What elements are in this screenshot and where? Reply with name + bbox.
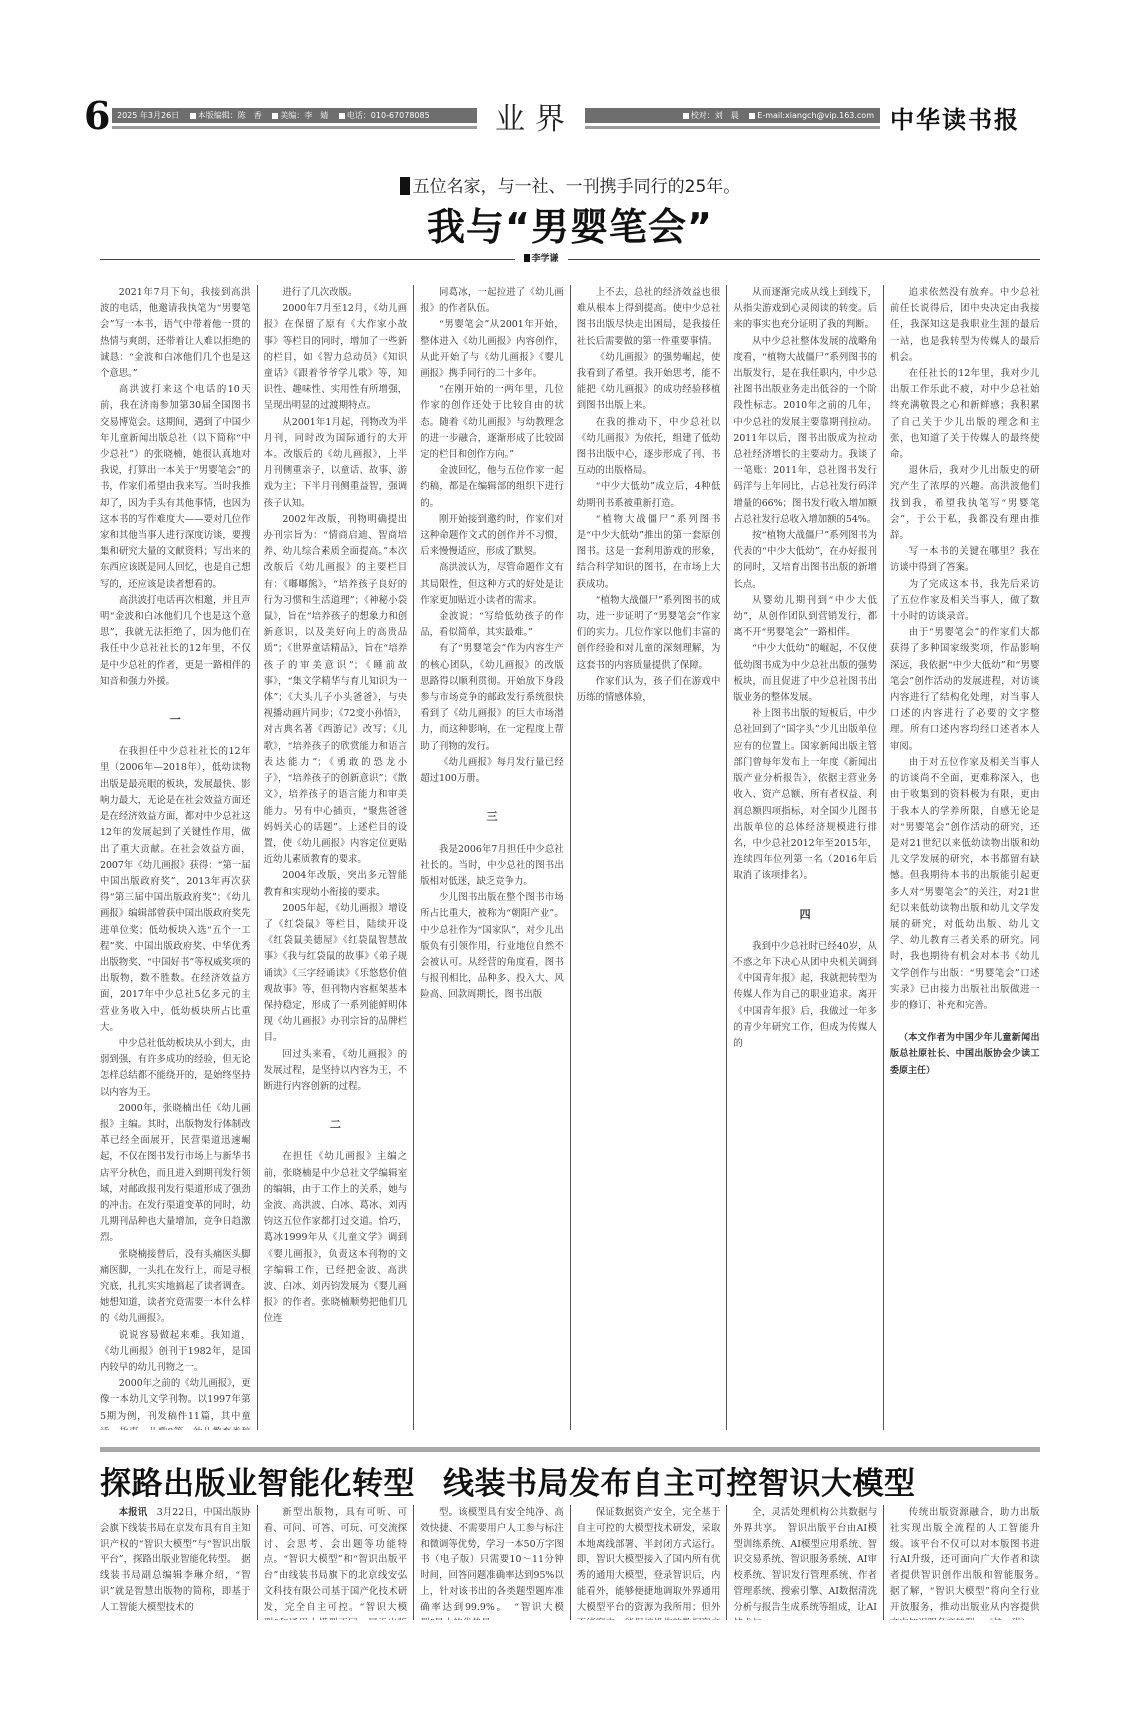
paragraph: 追求依然没有放弃。中少总社前任长说得后，团中央决定由我接任，我深知这是我职业生涯…: [890, 285, 1040, 366]
paragraph: 高洪波打电话再次相邀，并且声明“金波和白冰他们几个也是这个意思”，我就无法拒绝了…: [100, 593, 251, 690]
proofreader-credit: 校对：刘 晨: [691, 111, 739, 120]
newspaper-logo: 中华读书报: [890, 100, 1020, 135]
paragraph: 上不去，总社的经济效益也很难从根本上得到提高。使中少总社图书出版尽快走出困局，是…: [577, 285, 721, 350]
news-column-3: 型。该模型具有安全纯净、高效快捷、不需要用户人工参与标注和微调等优势，学习一本5…: [413, 1505, 570, 1620]
paragraph: 传统出版资源融合，助力出版社实现出版全流程的人工智能升级。该平台不仅可以对本版图…: [890, 1505, 1040, 1620]
paragraph: 为了完成这本书，我先后采访了五位作家及相关当事人，做了数十小时的访谈录音。: [890, 577, 1040, 626]
paragraph: 张晓楠接替后，没有头痛医头脚痛医脚，一头扎在发行上，而是寻根究底，扎扎实实地搞起…: [100, 1247, 251, 1328]
paragraph: 《幼儿画报》每月发行量已经超过100万册。: [420, 755, 564, 787]
email-address: E-mail:xiangch@vip.163.com: [757, 111, 874, 120]
masthead-rule-right: [585, 126, 880, 129]
paragraph: 作家们认为，孩子们在游戏中历练的情感体验，: [577, 674, 721, 706]
paragraph: 高洪波认为，尽管命题作文有其局限性，但这种方式的好处是让作家更加贴近小读者的需求…: [420, 560, 564, 609]
paragraph: 在任社长的12年里，我对少儿出版工作乐此不疲，对中少总社始终充满敬畏之心和新鲜感…: [890, 366, 1040, 463]
block-marker-icon: [400, 177, 410, 195]
byline-rule-left: [100, 259, 515, 260]
paragraph: 少儿图书出版在整个图书市场所占比重大，被称为“朝阳产业”。中少总社作为“国家队”…: [420, 890, 564, 1003]
paragraph: 从而逐渐完成从线上到线下，从指尖游戏到心灵阅读的转变。后来的事实也充分证明了我的…: [733, 285, 877, 334]
page-number: 6: [84, 96, 110, 136]
newspaper-page: 6 2025 年3月26日 本版编辑：陈 香 美编：李 婧 电话：010-670…: [100, 0, 1040, 1725]
article-column-6: 追求依然没有放弃。中少总社前任长说得后，团中央决定由我接任，我深知这是我职业生涯…: [883, 285, 1040, 1430]
dateline-label: 本报讯: [119, 1507, 147, 1518]
paragraph: 保证数据资产安全，完全基于自主可控的大模型技术研发，采取本地离线部署、半封闭方式…: [577, 1505, 721, 1620]
paragraph: 回过头来看，《幼儿画报》的发展过程，是坚持以内容为王，不断进行内容创新的过程。: [264, 1047, 408, 1096]
news-headline: 探路出版业智能化转型线装书局发布自主可控智识大模型: [100, 1458, 1040, 1503]
editor-credit: 本版编辑：陈 香: [198, 111, 262, 120]
masthead-rule-left: [112, 126, 477, 129]
paragraph: 2021年7月下旬，我接到高洪波的电话，他邀请我执笔为“男婴笔会”写一本书，语气…: [100, 285, 251, 382]
news-column-1: 本报讯 3月22日，中国出版协会旗下线装书局在京发布具有自主知识产权的“智识大模…: [100, 1505, 257, 1620]
paragraph: 刚开始接到邀约时，作家们对这种命题作文式的创作并不习惯，后来慢慢适应，形成了默契…: [420, 512, 564, 561]
paragraph: 金波说：“写给低幼孩子的作品，看似简单，其实最难。”: [420, 609, 564, 641]
news-headline-left: 探路出版业智能化转型: [100, 1466, 415, 1502]
author-name: 李学谦: [515, 252, 568, 266]
paragraph: 金波回忆，他与五位作家一起约稿，都是在编辑部的组织下进行的。: [420, 463, 564, 512]
paragraph: “中少大低幼”成立后，4种低幼期刊书系被重新打造。: [577, 479, 721, 511]
paragraph: 从婴幼儿期刊到“中少大低幼”，从创作团队到营销发行，都离不开“男婴笔会”一路相伴…: [733, 593, 877, 642]
paragraph: 补上图书出版的短板后，中少总社回到了“国字头”少儿出版单位应有的位置上。国家新闻…: [733, 706, 877, 884]
block-marker-icon: [524, 254, 530, 262]
article-column-1: 2021年7月下旬，我接到高洪波的电话，他邀请我执笔为“男婴笔会”写一本书，语气…: [100, 285, 257, 1430]
author-text: 李学谦: [531, 254, 558, 264]
square-bullet-icon: [190, 113, 196, 119]
square-bullet-icon: [749, 113, 755, 119]
section-title: 业界: [495, 94, 575, 138]
paragraph: 全，灵活处理机构公共数据与外界共享。 智识出版平台由AI模型训练系统、AI模型应…: [733, 1505, 877, 1620]
paragraph: 新型出版物，具有可听、可看、可问、可答、可玩、可交流探讨、会思考、会出题等功能特…: [264, 1505, 408, 1620]
masthead-info-left: 2025 年3月26日 本版编辑：陈 香 美编：李 婧 电话：010-67078…: [112, 108, 477, 123]
paragraph: 2000年，张晓楠出任《幼儿画报》主编。其时，出版物发行体制改革已经全面展开，民…: [100, 1101, 251, 1247]
paragraph: “植物大战僵尸”系列图书的成功，进一步证明了“男婴笔会”作家们的实力。几位作家以…: [577, 593, 721, 674]
paragraph: 型。该模型具有安全纯净、高效快捷、不需要用户人工参与标注和微调等优势，学习一本5…: [420, 1505, 564, 1620]
article-column-2: 进行了几次改版。 2000年7月至12月，《幼儿画报》在保留了原有《大作家小故事…: [257, 285, 414, 1430]
section-heading: 一: [100, 712, 251, 728]
paragraph: “在刚开始的一两年里，几位作家的创作还处于比较自由的状态。随着《幼儿画报》与幼教…: [420, 382, 564, 463]
paragraph: 我到中少总社时已经40岁，从不惑之年下决心从团中央机关调到《中国青年报》起，我就…: [733, 939, 877, 1052]
feature-kicker: 五位名家，与一社、一刊携手同行的25年。: [100, 172, 1040, 197]
masthead-info-right: 校对：刘 晨 E-mail:xiangch@vip.163.com: [585, 108, 880, 123]
paragraph: 2000年7月至12月，《幼儿画报》在保留了原有《大作家小故事》等栏目的同时，增…: [264, 301, 408, 414]
article-column-4: 上不去，总社的经济效益也很难从根本上得到提高。使中少总社图书出版尽快走出困局，是…: [570, 285, 727, 1430]
paragraph: 《幼儿画报》的强势崛起，使我看到了希望。我开始思考，能不能把《幼儿画报》的成功经…: [577, 350, 721, 415]
paragraph: 2004年改版，突出多元智能教育和实现幼小衔接的要求。: [264, 868, 408, 900]
square-bullet-icon: [683, 113, 689, 119]
paragraph: 在担任《幼儿画报》主编之前，张晓楠是中少总社文学编辑室的编辑，由于工作上的关系，…: [264, 1149, 408, 1327]
paragraph: 在我的推动下，中少总社以《幼儿画报》为依托，组建了低幼图书出版中心，逐步形成了刊…: [577, 415, 721, 480]
square-bullet-icon: [339, 113, 345, 119]
byline: 李学谦: [100, 252, 1040, 266]
paragraph: 2000年之前的《幼儿画报》，更像一本幼儿文学刊物。以1997年第5期为例，刊发…: [100, 1376, 251, 1430]
paragraph: 进行了几次改版。: [264, 285, 408, 301]
section-heading: 二: [264, 1117, 408, 1133]
paragraph: 退休后，我对少儿出版史的研究产生了浓厚的兴趣。高洪波他们找到我，希望我执笔写“男…: [890, 463, 1040, 544]
paragraph: 2002年改版，刊物明确提出办刊宗旨为：“情商启迪、智商培养、幼儿综合素质全面提…: [264, 512, 408, 868]
paragraph: 在我担任中少总社社长的12年里（2006年—2018年），低幼读物出版是最亮眼的…: [100, 744, 251, 1036]
paragraph: “中少大低幼”的崛起，不仅使低幼图书成为中少总社出版的强势板块，而且促进了中少总…: [733, 641, 877, 706]
paragraph: 同葛冰，一起拉进了《幼儿画报》的作者队伍。: [420, 285, 564, 317]
paragraph: 由于对五位作家及相关当事人的访谈尚不全面，更难称深入，也由于收集到的资料极为有限…: [890, 755, 1040, 1014]
section-heading: 三: [420, 809, 564, 825]
kicker-text: 五位名家，与一社、一刊携手同行的25年。: [413, 177, 741, 197]
issue-date: 2025 年3月26日: [117, 111, 179, 120]
paragraph: “男婴笔会”从2001年开始，整体进入《幼儿画报》内容创作，从此开始了与《幼儿画…: [420, 317, 564, 382]
paragraph: 说说容易做起来难。我知道，《幼儿画报》创刊于1982年，是国内较早的幼儿刊物之一…: [100, 1328, 251, 1377]
paragraph: 由于“男婴笔会”的作家们大都获得了多种国家级奖项，作品影响深远，我依据“中少大低…: [890, 625, 1040, 755]
news-column-6: 传统出版资源融合，助力出版社实现出版全流程的人工智能升级。该平台不仅可以对本版图…: [883, 1505, 1040, 1620]
news-headline-right: 线装书局发布自主可控智识大模型: [443, 1466, 916, 1502]
paragraph: 高洪波打来这个电话的10天前，我在济南参加第30届全国图书交易博览会。这期间，遇…: [100, 382, 251, 593]
section-heading: 四: [733, 907, 877, 923]
paragraph: 2005年起，《幼儿画报》增设了《红袋鼠》等栏目，陆续开设《红袋鼠美德屋》《红袋…: [264, 901, 408, 1047]
paragraph: 中少总社低幼板块从小到大，由弱到强，有许多成功的经验，但无论怎样总结都不能绕开的…: [100, 1036, 251, 1101]
masthead: 6 2025 年3月26日 本版编辑：陈 香 美编：李 婧 电话：010-670…: [100, 100, 1040, 136]
news-column-5: 全，灵活处理机构公共数据与外界共享。 智识出版平台由AI模型训练系统、AI模型应…: [726, 1505, 883, 1620]
article-column-5: 从而逐渐完成从线上到线下，从指尖游戏到心灵阅读的转变。后来的事实也充分证明了我的…: [726, 285, 883, 1430]
paragraph: “植物大战僵尸”系列图书是“中少大低幼”推出的第一套原创图书。这是一套利用游戏的…: [577, 512, 721, 593]
paragraph: 从中少总社整体发展的战略角度看，“植物大战僵尸”系列图书的出版发行，是在我任职内…: [733, 334, 877, 528]
article-column-3: 同葛冰，一起拉进了《幼儿画报》的作者队伍。 “男婴笔会”从2001年开始，整体进…: [413, 285, 570, 1430]
byline-rule-right: [568, 259, 1040, 260]
author-note: （本文作者为中国少年儿童新闻出版总社原社长、中国出版协会少读工委原主任）: [890, 1030, 1040, 1079]
news-column-2: 新型出版物，具有可听、可看、可问、可答、可玩、可交流探讨、会思考、会出题等功能特…: [257, 1505, 414, 1620]
news-column-4: 保证数据资产安全，完全基于自主可控的大模型技术研发，采取本地离线部署、半封闭方式…: [570, 1505, 727, 1620]
paragraph: 本报讯 3月22日，中国出版协会旗下线装书局在京发布具有自主知识产权的“智识大模…: [100, 1505, 251, 1616]
paragraph: 按“植物大战僵尸”系列图书为代表的“中少大低幼”，在办好报刊的同时，又培育出图书…: [733, 528, 877, 593]
paragraph: 我是2006年7月担任中少总社社长的。当时，中少总社的图书出版相对低迷，缺乏竞争…: [420, 842, 564, 891]
feature-headline: 我与“男婴笔会”: [100, 196, 1040, 251]
story-divider: [100, 1447, 1040, 1452]
square-bullet-icon: [272, 113, 278, 119]
phone-number: 电话：010-67078085: [347, 111, 430, 120]
paragraph-text: 3月22日，中国出版协会旗下线装书局在京发布具有自主知识产权的“智识大模型”与“…: [100, 1507, 251, 1613]
news-body: 本报讯 3月22日，中国出版协会旗下线装书局在京发布具有自主知识产权的“智识大模…: [100, 1505, 1040, 1620]
paragraph: 有了“男婴笔会”作为内容生产的核心团队，《幼儿画报》的改版思路得以顺利贯彻。开始…: [420, 641, 564, 754]
paragraph: 写一本书的关键在哪里？我在访谈中得到了答案。: [890, 544, 1040, 576]
designer-credit: 美编：李 婧: [280, 111, 328, 120]
paragraph: 从2001年1月起，刊物改为半月刊，同时改为国际通行的大开本。改版后的《幼儿画报…: [264, 415, 408, 512]
feature-article-body: 2021年7月下旬，我接到高洪波的电话，他邀请我执笔为“男婴笔会”写一本书，语气…: [100, 285, 1040, 1430]
